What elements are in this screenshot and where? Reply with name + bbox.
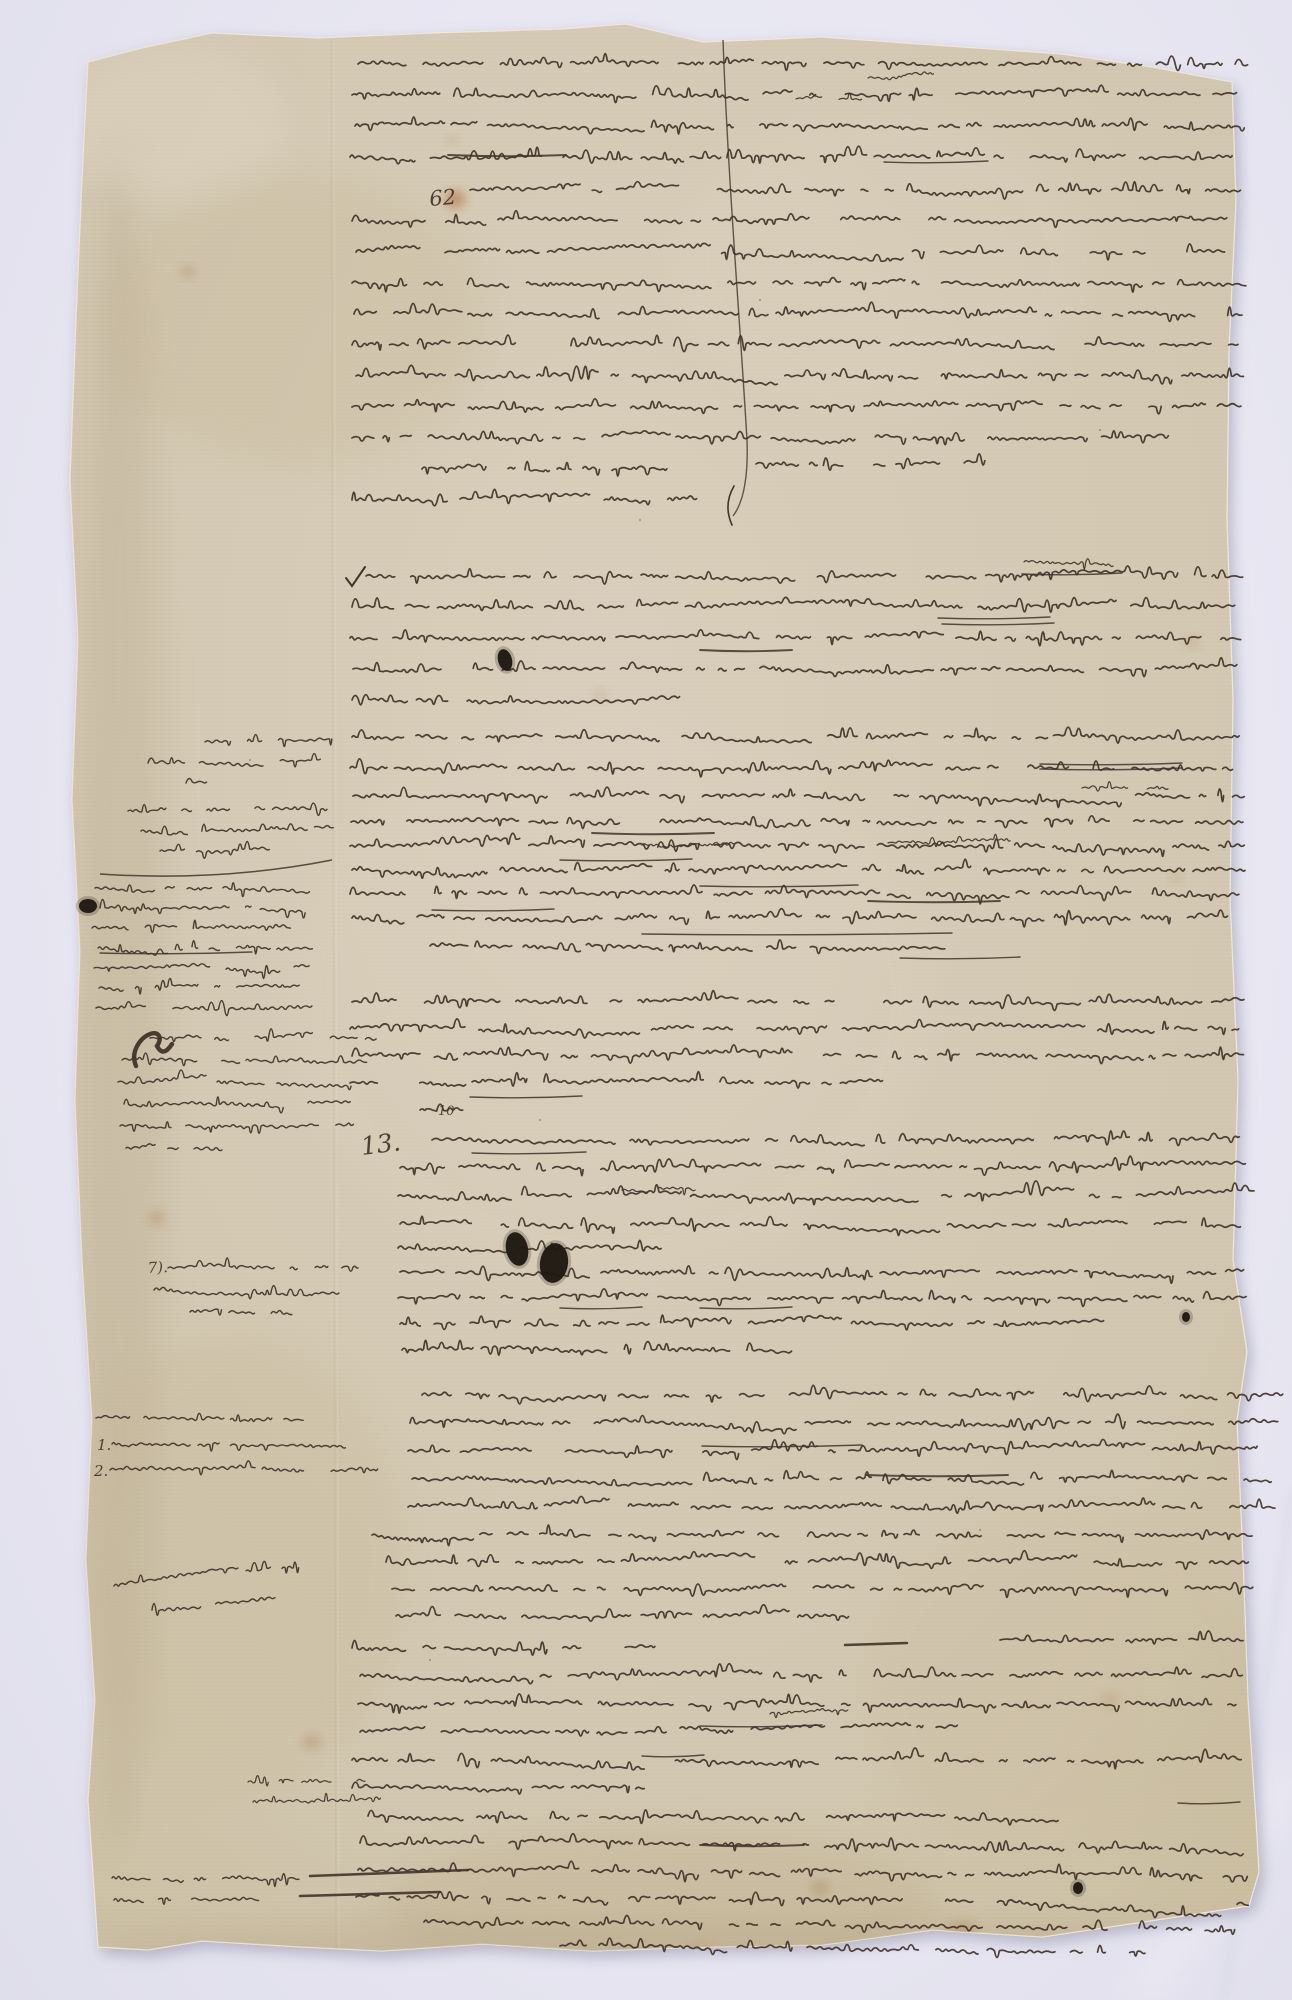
ink-blot [79, 899, 97, 913]
paper-tone-patch [50, 40, 290, 200]
ink-blot [1073, 1882, 1083, 1894]
legible-mark-13: 13. [359, 1127, 402, 1161]
foxing-stain [948, 1921, 976, 1941]
foxing-stain [1171, 874, 1181, 882]
foxing-stain [149, 1211, 165, 1225]
paper-tone-patch [110, 170, 490, 470]
ink-blot [1182, 1312, 1190, 1322]
paper-speck [639, 519, 641, 521]
legible-mark-7: 7). [147, 1258, 168, 1277]
legible-mark-2: 2. [93, 1462, 108, 1480]
paper-tone-patch [860, 1510, 1260, 1850]
foxing-stain [594, 690, 606, 700]
legible-mark-1: 1. [97, 1436, 111, 1454]
foxing-stain [182, 267, 194, 277]
paper-tone-patch [75, 150, 165, 1850]
paper-speck [759, 299, 761, 301]
legible-mark-10: 10 [438, 1104, 455, 1119]
foxing-stain [810, 1880, 830, 1896]
foxing-stain [447, 136, 457, 144]
paper-tone-patch [380, 1825, 940, 1985]
paper-surface [50, 20, 1270, 1985]
manuscript-scan: 6213.1.2.7).10 [0, 0, 1292, 2000]
legible-mark-62: 62 [428, 185, 457, 211]
foxing-stain [688, 1944, 712, 1960]
paper-speck [429, 1659, 431, 1661]
paper-speck [539, 1119, 541, 1121]
manuscript-scan-page: 6213.1.2.7).10 [0, 0, 1292, 2000]
foxing-stain [302, 1734, 322, 1750]
paper-speck [979, 1529, 981, 1531]
paper-speck [1099, 429, 1101, 431]
paper-speck [249, 759, 251, 761]
